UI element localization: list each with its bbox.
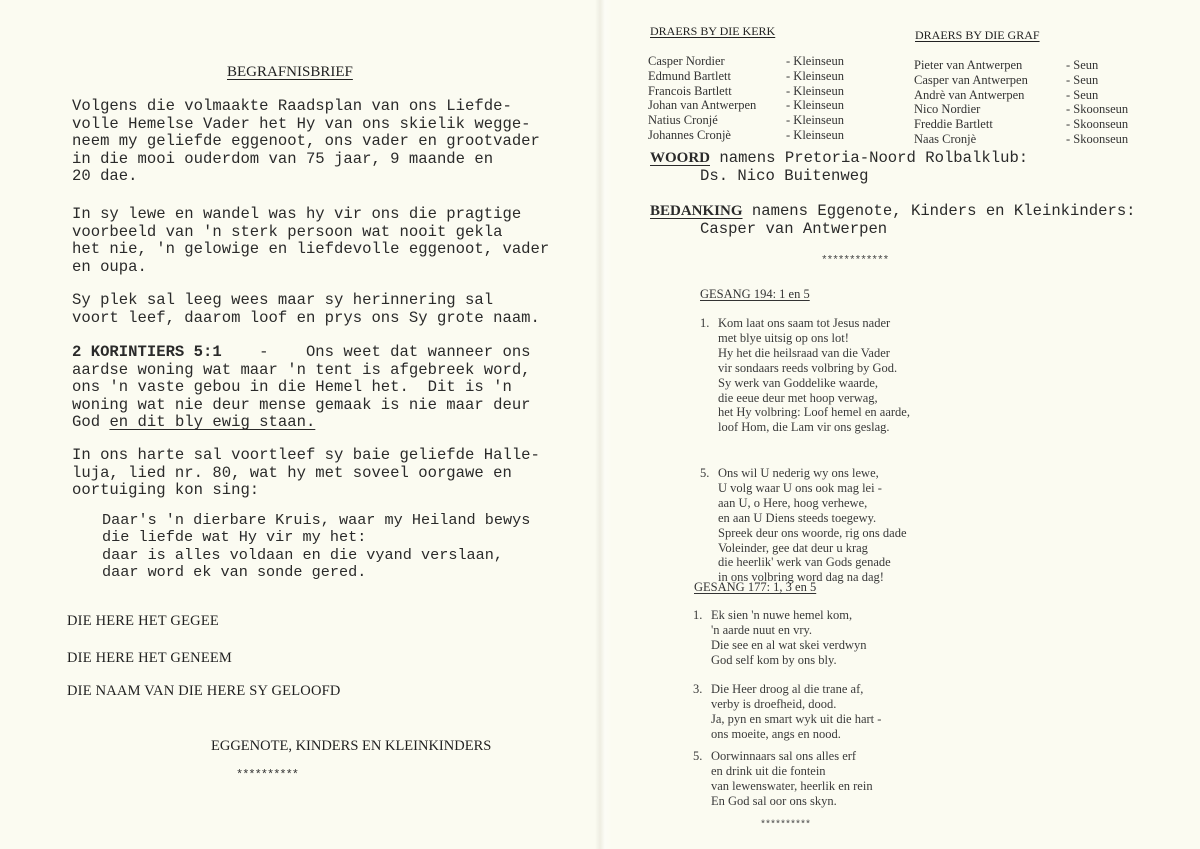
grave-bearers-list: Pieter van Antwerpen- SeunCasper van Ant… <box>914 58 1128 147</box>
verse-number: 1. <box>700 316 718 331</box>
document-title: BEGRAFNISBRIEF <box>227 64 353 81</box>
word-section: WOORD namens Pretoria-Noord Rolbalklub:D… <box>650 150 1028 185</box>
closing-line-1: DIE HERE HET GEGEE <box>67 613 219 630</box>
bearer-row: Andrè van Antwerpen- Seun <box>914 88 1128 103</box>
bearer-row: Freddie Bartlett- Skoonseun <box>914 117 1128 132</box>
verse-line: Spreek deur ons woorde, rig ons dade <box>700 526 907 541</box>
verse-line: En God sal oor ons skyn. <box>693 794 873 809</box>
bearer-name: Freddie Bartlett <box>914 117 1066 132</box>
thanks-text: namens Eggenote, Kinders en Kleinkinders… <box>743 202 1136 220</box>
word-speaker: Ds. Nico Buitenweg <box>650 168 1028 186</box>
bearer-row: Casper van Antwerpen- Seun <box>914 73 1128 88</box>
verse-line: het Hy volbring: Loof hemel en aarde, <box>700 405 910 420</box>
scripture-paragraph: 2 KORINTIERS 5:1 - Ons weet dat wanneer … <box>72 344 531 432</box>
verse-line: Hy het die heilsraad van die Vader <box>700 346 910 361</box>
scripture-underlined: en dit bly ewig staan. <box>109 413 315 431</box>
bearer-row: Pieter van Antwerpen- Seun <box>914 58 1128 73</box>
verse-line: van lewenswater, heerlik en rein <box>693 779 873 794</box>
hymn-intro-paragraph: In ons harte sal voortleef sy baie gelie… <box>72 447 540 500</box>
bearer-row: Natius Cronjé- Kleinseun <box>648 113 844 128</box>
verse-line: 3.Die Heer droog al die trane af, <box>693 682 881 697</box>
bearer-name: Casper Nordier <box>648 54 786 69</box>
memory-paragraph: Sy plek sal leeg wees maar sy herinnerin… <box>72 292 540 327</box>
intro-paragraph: Volgens die volmaakte Raadsplan van ons … <box>72 98 540 186</box>
bearer-name: Edmund Bartlett <box>648 69 786 84</box>
verse-line: God self kom by ons bly. <box>693 653 867 668</box>
bearer-name: Nico Nordier <box>914 102 1066 117</box>
verse-line: Die see en al wat skei verdwyn <box>693 638 867 653</box>
divider-stars-end: ********** <box>760 820 810 831</box>
verse-number: 5. <box>693 749 711 764</box>
bearer-row: Edmund Bartlett- Kleinseun <box>648 69 844 84</box>
verse-line: 1.Ek sien 'n nuwe hemel kom, <box>693 608 867 623</box>
verse-line: die eeue deur met hoop verwag, <box>700 391 910 406</box>
bearer-name: Andrè van Antwerpen <box>914 88 1066 103</box>
hymn-194-title: GESANG 194: 1 en 5 <box>700 287 810 302</box>
verse-line: U volg waar U ons ook mag lei - <box>700 481 907 496</box>
bearer-row: Nico Nordier- Skoonseun <box>914 102 1128 117</box>
bearer-name: Naas Cronjè <box>914 132 1066 147</box>
verse-line: Sy werk van Goddelike waarde, <box>700 376 910 391</box>
hymn-177-verse-5: 5.Oorwinnaars sal ons alles erfen drink … <box>693 749 873 809</box>
verse-line: 1.Kom laat ons saam tot Jesus nader <box>700 316 910 331</box>
grave-bearers-heading: DRAERS BY DIE GRAF <box>915 28 1040 43</box>
thanks-speaker: Casper van Antwerpen <box>650 221 1136 239</box>
verse-line: en aan U Diens steeds toegewy. <box>700 511 907 526</box>
bearer-relation: - Kleinseun <box>786 113 844 128</box>
funeral-program-sheet: BEGRAFNISBRIEF Volgens die volmaakte Raa… <box>0 0 1200 849</box>
left-page: BEGRAFNISBRIEF Volgens die volmaakte Raa… <box>0 0 600 849</box>
bearer-relation: - Seun <box>1066 58 1098 73</box>
hymn-177-verse-3: 3.Die Heer droog al die trane af,verby i… <box>693 682 881 742</box>
verse-number: 1. <box>693 608 711 623</box>
verse-number: 3. <box>693 682 711 697</box>
thanks-section: BEDANKING namens Eggenote, Kinders en Kl… <box>650 203 1136 238</box>
bearer-relation: - Skoonseun <box>1066 117 1128 132</box>
word-text: namens Pretoria-Noord Rolbalklub: <box>710 149 1028 167</box>
verse-number: 5. <box>700 466 718 481</box>
life-paragraph: In sy lewe en wandel was hy vir ons die … <box>72 206 549 276</box>
church-bearers-list: Casper Nordier- KleinseunEdmund Bartlett… <box>648 54 844 143</box>
bearer-relation: - Seun <box>1066 88 1098 103</box>
bearer-row: Casper Nordier- Kleinseun <box>648 54 844 69</box>
verse-line: loof Hom, die Lam vir ons geslag. <box>700 420 910 435</box>
thanks-lead: BEDANKING <box>650 203 743 219</box>
bearer-row: Johannes Cronjè- Kleinseun <box>648 128 844 143</box>
verse-line: en drink uit die fontein <box>693 764 873 779</box>
bearer-row: Johan van Antwerpen- Kleinseun <box>648 98 844 113</box>
bearer-relation: - Seun <box>1066 73 1098 88</box>
bearer-row: Naas Cronjè- Skoonseun <box>914 132 1128 147</box>
verse-line: Ja, pyn en smart wyk uit die hart - <box>693 712 881 727</box>
closing-line-3: DIE NAAM VAN DIE HERE SY GELOOFD <box>67 683 341 700</box>
bearer-relation: - Kleinseun <box>786 128 844 143</box>
verse-line: met blye uitsig op ons lot! <box>700 331 910 346</box>
bearer-name: Natius Cronjé <box>648 113 786 128</box>
bearer-relation: - Kleinseun <box>786 84 844 99</box>
bearer-relation: - Kleinseun <box>786 69 844 84</box>
bearer-relation: - Skoonseun <box>1066 102 1128 117</box>
bearer-name: Johan van Antwerpen <box>648 98 786 113</box>
verse-line: ons moeite, angs en nood. <box>693 727 881 742</box>
closing-line-2: DIE HERE HET GENEEM <box>67 650 232 667</box>
bearer-name: Casper van Antwerpen <box>914 73 1066 88</box>
bearer-name: Johannes Cronjè <box>648 128 786 143</box>
verse-line: aan U, o Here, hoog verhewe, <box>700 496 907 511</box>
bearer-name: Francois Bartlett <box>648 84 786 99</box>
verse-line: 5.Oorwinnaars sal ons alles erf <box>693 749 873 764</box>
bearer-row: Francois Bartlett- Kleinseun <box>648 84 844 99</box>
hymn-194-verse-5: 5.Ons wil U nederig wy ons lewe,U volg w… <box>700 466 907 585</box>
bearer-relation: - Skoonseun <box>1066 132 1128 147</box>
divider-stars-mid: ************ <box>821 255 888 267</box>
bearer-relation: - Kleinseun <box>786 98 844 113</box>
verse-line: die heerlik' werk van Gods genade <box>700 555 907 570</box>
scripture-reference: 2 KORINTIERS 5:1 <box>72 343 222 361</box>
bearer-relation: - Kleinseun <box>786 54 844 69</box>
family-signature: EGGENOTE, KINDERS EN KLEINKINDERS <box>211 738 491 755</box>
verse-line: Voleinder, gee dat deur u krag <box>700 541 907 556</box>
church-bearers-heading: DRAERS BY DIE KERK <box>650 24 775 39</box>
verse-line: vir sondaars reeds volbring by God. <box>700 361 910 376</box>
divider-stars: ********** <box>236 768 298 782</box>
quoted-verse: Daar's 'n dierbare Kruis, waar my Heilan… <box>102 512 530 581</box>
bearer-name: Pieter van Antwerpen <box>914 58 1066 73</box>
hymn-177-verse-1: 1.Ek sien 'n nuwe hemel kom,'n aarde nuu… <box>693 608 867 668</box>
hymn-177-title: GESANG 177: 1, 3 en 5 <box>694 580 816 595</box>
word-lead: WOORD <box>650 150 710 166</box>
hymn-194-verse-1: 1.Kom laat ons saam tot Jesus nadermet b… <box>700 316 910 435</box>
right-page: DRAERS BY DIE KERK DRAERS BY DIE GRAF Ca… <box>600 0 1200 849</box>
verse-line: 'n aarde nuut en vry. <box>693 623 867 638</box>
verse-line: 5.Ons wil U nederig wy ons lewe, <box>700 466 907 481</box>
verse-line: verby is droefheid, dood. <box>693 697 881 712</box>
